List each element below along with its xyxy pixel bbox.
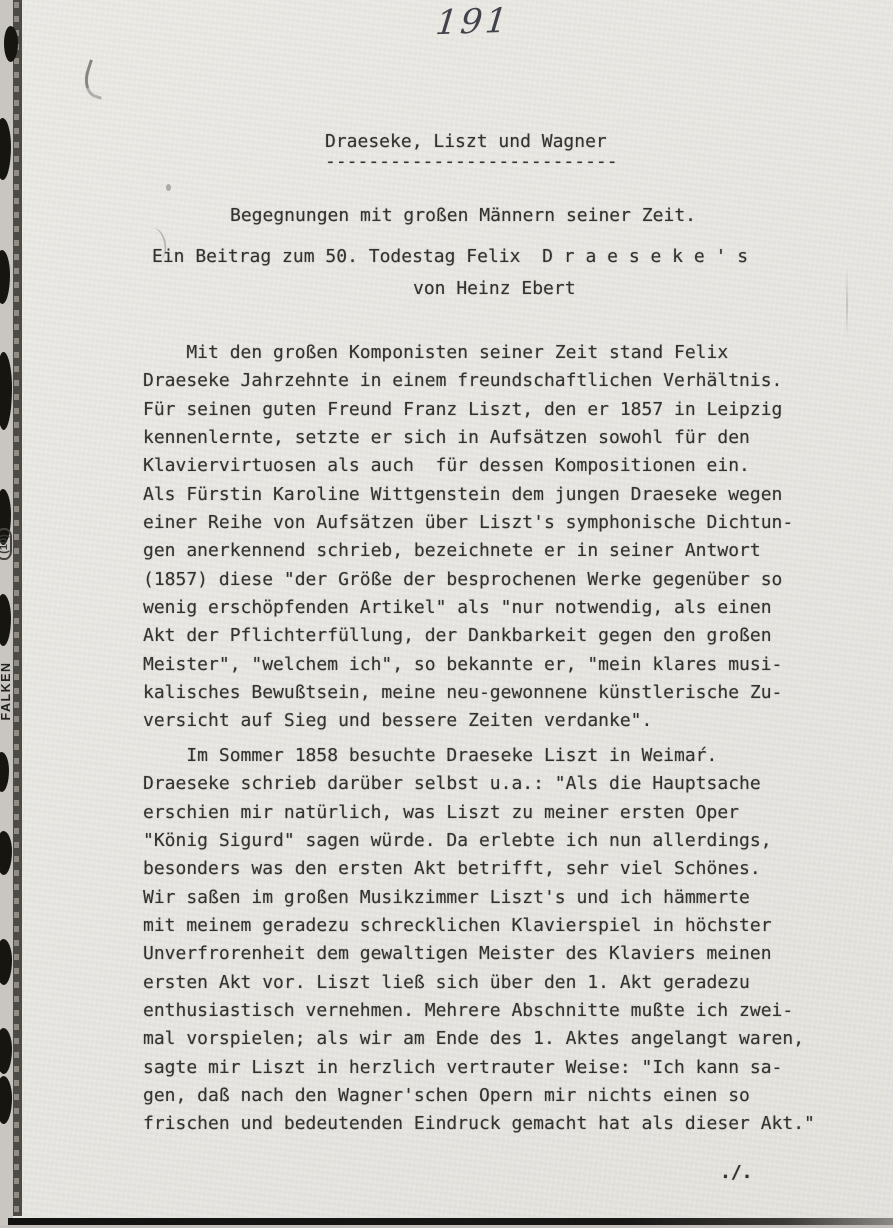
text-line: gen, daß nach den Wagner'schen Opern mir… [143,1082,815,1110]
text-line: ersten Akt vor. Liszt ließ sich über den… [143,969,815,997]
text-line: wenig erschöpfenden Artikel" als "nur no… [143,594,793,622]
paragraph-2: Im Sommer 1858 besuchte Draeseke Liszt i… [143,742,815,1139]
title-underline: --------------------------- [325,151,618,172]
text-line: Für seinen guten Freund Franz Liszt, den… [143,396,793,424]
continuation-mark: ./. [720,1162,753,1183]
text-line: versicht auf Sieg und bessere Zeiten ver… [143,707,793,735]
binder-brand-label: FALKEN [0,646,13,736]
handwritten-page-number: 191 [434,1,512,44]
text-line: enthusiastisch vernehmen. Mehrere Abschn… [143,997,815,1025]
text-line: Wir saßen im großen Musikzimmer Liszt's … [143,884,815,912]
paragraph-1: Mit den großen Komponisten seiner Zeit s… [143,339,793,736]
text-line: Als Fürstin Karoline Wittgenstein dem ju… [143,481,793,509]
text-line: Unverfrorenheit dem gewaltigen Meister d… [143,940,815,968]
text-line: einer Reihe von Aufsätzen über Liszt's s… [143,509,793,537]
text-line: besonders was den ersten Akt betrifft, s… [143,855,815,883]
text-line: gen anerkennend schrieb, bezeichnete er … [143,537,793,565]
text-line: Im Sommer 1858 besuchte Draeseke Liszt i… [143,742,815,770]
dedication-line: Ein Beitrag zum 50. Todestag Felix D r a… [152,246,748,267]
text-line: Meister", "welchem ich", so bekannte er,… [143,651,793,679]
text-line: erschien mir natürlich, was Liszt zu mei… [143,799,815,827]
paper-crease [846,268,848,340]
text-line: sagte mir Liszt in herzlich vertrauter W… [143,1054,815,1082]
scan-bottom-edge [8,1218,893,1225]
text-line: (1857) diese "der Größe der besprochenen… [143,566,793,594]
text-line: Mit den großen Komponisten seiner Zeit s… [143,339,793,367]
binding-strip [13,0,22,1216]
text-line: frischen und bedeutenden Eindruck gemach… [143,1110,815,1138]
pencil-smudge [79,59,112,99]
text-line: Draeseke schrieb darüber selbst u.a.: "A… [143,770,815,798]
text-line: Akt der Pflichterfüllung, der Dankbarkei… [143,622,793,650]
text-line: mal vorspielen; als wir am Ende des 1. A… [143,1025,815,1053]
text-line: Klaviervirtuosen als auch für dessen Kom… [143,452,793,480]
subtitle: Begegnungen mit großen Männern seiner Ze… [230,205,696,226]
text-line: mit meinem geradezu schrecklichen Klavie… [143,912,815,940]
author-line: von Heinz Ebert [413,278,576,299]
ink-speck [166,184,171,191]
text-line: "König Sigurd" sagen würde. Da erlebte i… [143,827,815,855]
document-title: Draeseke, Liszt und Wagner [325,131,607,152]
text-line: Draeseke Jahrzehnte in einem freundschaf… [143,367,793,395]
text-line: kalisches Bewußtsein, meine neu-gewonnen… [143,679,793,707]
scanned-document-page: FALKEN (10) 191 Draeseke, Liszt und Wagn… [0,0,893,1228]
text-line: kennenlernte, setzte er sich in Aufsätze… [143,424,793,452]
binder-stamp-text: (10) [0,528,12,560]
binder-stamp: (10) [0,521,14,567]
